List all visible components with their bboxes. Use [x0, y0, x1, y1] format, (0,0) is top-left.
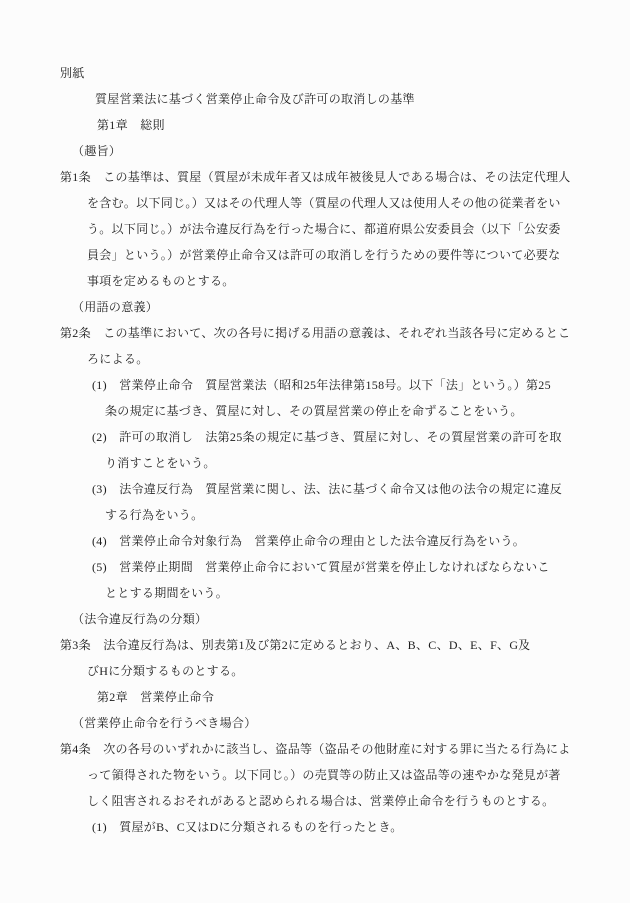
- article-1-line-2: を含む。以下同じ。）又はその代理人等（質屋の代理人又は使用人その他の従業者をい: [0, 190, 630, 216]
- chapter-1-heading: 第1章 総則: [0, 112, 630, 138]
- article-4-line-3: しく阻害されるおそれがあると認められる場合は、営業停止命令を行うものとする。: [0, 788, 630, 814]
- section-heading-classification: （法令違反行為の分類）: [0, 606, 630, 632]
- article-2-item-1-line-2: 条の規定に基づき、質屋に対し、その質屋営業の停止を命ずることをいう。: [0, 398, 630, 424]
- section-heading-suspension-cases: （営業停止命令を行うべき場合）: [0, 710, 630, 736]
- article-1-line-3: う。以下同じ。）が法令違反行為を行った場合に、都道府県公安委員会（以下「公安委: [0, 216, 630, 242]
- section-heading-purpose: （趣旨）: [0, 138, 630, 164]
- article-3-line-1: 第3条 法令違反行為は、別表第1及び第2に定めるとおり、A、B、C、D、E、F、…: [0, 632, 630, 658]
- attachment-label: 別紙: [0, 60, 630, 86]
- article-2-item-2-line-1: (2) 許可の取消し 法第25条の規定に基づき、質屋に対し、その質屋営業の許可を…: [0, 424, 630, 450]
- document-title: 質屋営業法に基づく営業停止命令及び許可の取消しの基準: [0, 86, 630, 112]
- article-1-line-5: 事項を定めるものとする。: [0, 268, 630, 294]
- article-2-item-2-line-2: り消すことをいう。: [0, 450, 630, 476]
- article-1-line-4: 員会」という。）が営業停止命令又は許可の取消しを行うための要件等について必要な: [0, 242, 630, 268]
- article-2-item-3-line-2: する行為をいう。: [0, 502, 630, 528]
- article-2-line-2: ろによる。: [0, 346, 630, 372]
- article-4-line-2: って領得された物をいう。以下同じ。）の売買等の防止又は盗品等の速やかな発見が著: [0, 762, 630, 788]
- article-4-line-1: 第4条 次の各号のいずれかに該当し、盗品等（盗品その他財産に対する罪に当たる行為…: [0, 736, 630, 762]
- article-2-item-3-line-1: (3) 法令違反行為 質屋営業に関し、法、法に基づく命令又は他の法令の規定に違反: [0, 476, 630, 502]
- article-2-item-4: (4) 営業停止命令対象行為 営業停止命令の理由とした法令違反行為をいう。: [0, 528, 630, 554]
- article-2-line-1: 第2条 この基準において、次の各号に掲げる用語の意義は、それぞれ当該各号に定める…: [0, 320, 630, 346]
- article-3-line-2: びHに分類するものとする。: [0, 658, 630, 684]
- article-4-item-1: (1) 質屋がB、C又はDに分類されるものを行ったとき。: [0, 814, 630, 840]
- article-2-item-5-line-2: ととする期間をいう。: [0, 580, 630, 606]
- chapter-2-heading: 第2章 営業停止命令: [0, 684, 630, 710]
- article-1-line-1: 第1条 この基準は、質屋（質屋が未成年者又は成年被後見人である場合は、その法定代…: [0, 164, 630, 190]
- document-page: 別紙 質屋営業法に基づく営業停止命令及び許可の取消しの基準 第1章 総則 （趣旨…: [0, 0, 630, 903]
- article-2-item-5-line-1: (5) 営業停止期間 営業停止命令において質屋が営業を停止しなければならないこ: [0, 554, 630, 580]
- section-heading-terms: （用語の意義）: [0, 294, 630, 320]
- article-2-item-1-line-1: (1) 営業停止命令 質屋営業法（昭和25年法律第158号。以下「法」という。）…: [0, 372, 630, 398]
